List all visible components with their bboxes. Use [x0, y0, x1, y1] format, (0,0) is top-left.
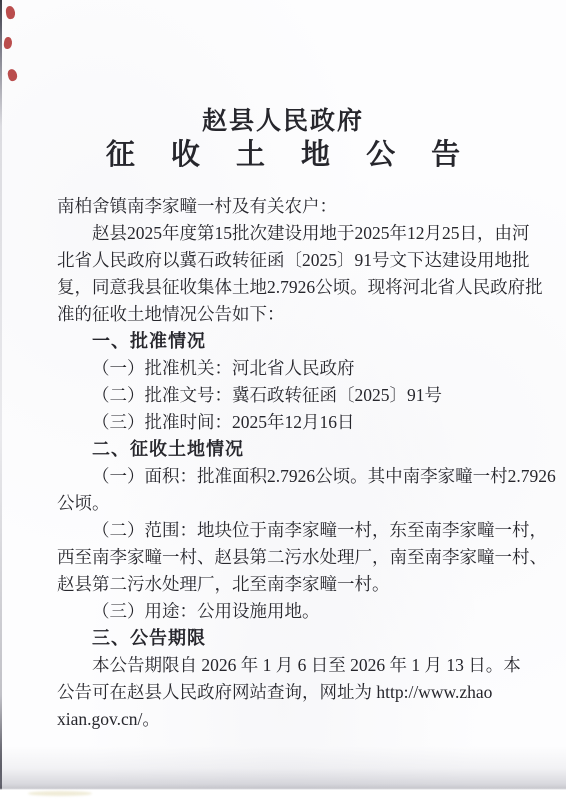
red-ink-mark — [5, 5, 16, 19]
scan-smudge-artifact — [28, 791, 92, 796]
text-line: 复，同意我县征收集体土地2.7926公顷。现将河北省人民政府批 — [57, 274, 515, 301]
text-line: （一）面积：批准面积2.7926公顷。其中南李家疃一村2.7926 — [57, 463, 515, 490]
text-line: 公告可在赵县人民政府网站查询，网址为 http://www.zhao — [57, 679, 515, 706]
text-line: （一）批准机关：河北省人民政府 — [57, 355, 515, 382]
text-line: 本公告期限自 2026 年 1 月 6 日至 2026 年 1 月 13 日。本 — [57, 652, 515, 679]
text-line: 西至南李家疃一村、赵县第二污水处理厂，南至南李家疃一村、 — [57, 544, 515, 571]
text-line: （二）批准文号：冀石政转征函〔2025〕91号 — [57, 382, 515, 409]
text-line: 南柏舍镇南李家疃一村及有关农户： — [57, 193, 515, 220]
text-line: （三）用途：公用设施用地。 — [57, 598, 515, 625]
text-line: 北省人民政府以冀石政转征函〔2025〕91号文下达建设用地批 — [57, 247, 515, 274]
document-title: 征 收 土 地 公 告 — [0, 132, 566, 173]
red-ink-mark — [3, 37, 12, 50]
red-ink-mark — [7, 68, 19, 82]
document-body: 南柏舍镇南李家疃一村及有关农户：赵县2025年度第15批次建设用地于2025年1… — [57, 193, 515, 733]
text-line: xian.gov.cn/。 — [57, 706, 515, 733]
text-line: 三、公告期限 — [57, 625, 515, 652]
text-line: 准的征收土地情况公告如下： — [57, 301, 515, 328]
text-line: （二）范围：地块位于南李家疃一村，东至南李家疃一村， — [57, 517, 515, 544]
text-line: 公顷。 — [57, 490, 515, 517]
text-line: （三）批准时间：2025年12月16日 — [57, 409, 515, 436]
text-line: 赵县2025年度第15批次建设用地于2025年12月25日，由河 — [57, 220, 515, 247]
scanned-document-page: 赵县人民政府 征 收 土 地 公 告 南柏舍镇南李家疃一村及有关农户：赵县202… — [0, 0, 566, 800]
text-line: 赵县第二污水处理厂，北至南李家疃一村。 — [57, 571, 515, 598]
text-line: 一、批准情况 — [57, 328, 515, 355]
scan-bottom-shadow — [0, 746, 566, 790]
text-line: 二、征收土地情况 — [57, 436, 515, 463]
